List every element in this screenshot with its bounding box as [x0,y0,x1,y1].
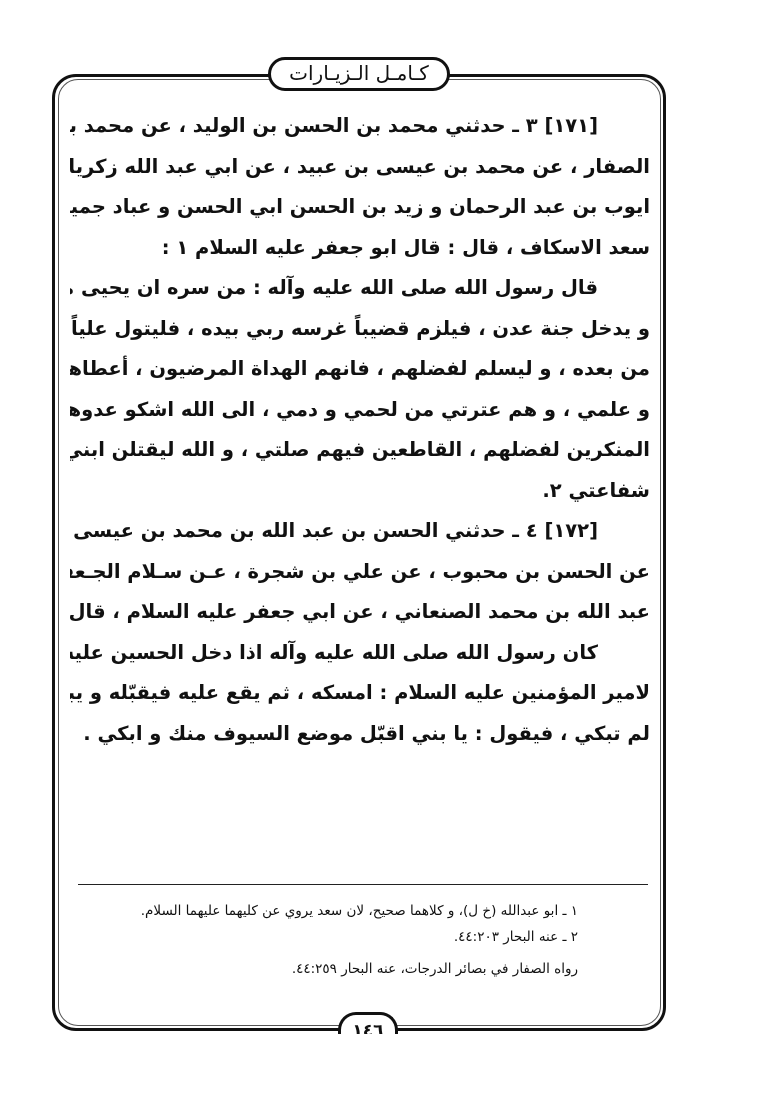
text-line: و يدخل جنة عدن ، فيلزم قضيباً غرسه ربي ب… [70,309,650,350]
text-line: سعد الاسكاف ، قال : قال ابو جعفر عليه ال… [70,228,650,269]
text-line: و علمي ، و هم عترتي من لحمي و دمي ، الى … [70,390,650,431]
footnote-source: رواه الصفار في بصائر الدرجات، عنه البحار… [80,956,640,982]
footnotes: ١ ـ ابو عبدالله (خ ل)، و كلاهما صحيح، لا… [80,898,640,982]
text-line: المنكرين لفضلهم ، القاطعين فيهم صلتي ، و… [70,430,650,471]
text-line: ايوب بن عبد الرحمان و زيد بن الحسن ابي ا… [70,187,650,228]
text-line: كان رسول الله صلى الله عليه وآله اذا دخل… [70,633,650,674]
text-line: الصفار ، عن محمد بن عيسى بن عبيد ، عن اب… [70,147,650,188]
text-line: [١٧٢] ٤ ـ حدثني الحسن بن عبد الله بن محم… [70,511,650,552]
text-line: شفاعتي ٢. [70,471,650,512]
running-header: كـامـل الـزيـارات [268,57,450,91]
text-line: [١٧١] ٣ ـ حدثني محمد بن الحسن بن الوليد … [70,106,650,147]
main-text-body: [١٧١] ٣ ـ حدثني محمد بن الحسن بن الوليد … [70,106,650,754]
book-title: كـامـل الـزيـارات [289,63,429,83]
text-line: عن الحسن بن محبوب ، عن علي بن شجرة ، عـن… [70,552,650,593]
footer-cover [335,1034,401,1048]
text-line: لم تبكي ، فيقول : يا بني اقبّل موضع السي… [70,714,650,755]
text-line: لامير المؤمنين عليه السلام : امسكه ، ثم … [70,673,650,714]
footnote-1: ١ ـ ابو عبدالله (خ ل)، و كلاهما صحيح، لا… [80,898,640,924]
text-line: عبد الله بن محمد الصنعاني ، عن ابي جعفر … [70,592,650,633]
text-line: قال رسول الله صلى الله عليه وآله : من سر… [70,268,650,309]
footnote-separator [78,884,648,885]
text-line: من بعده ، و ليسلم لفضلهم ، فانهم الهداة … [70,349,650,390]
footnote-2: ٢ ـ عنه البحار ٤٤:٢٠٣. [80,924,640,950]
